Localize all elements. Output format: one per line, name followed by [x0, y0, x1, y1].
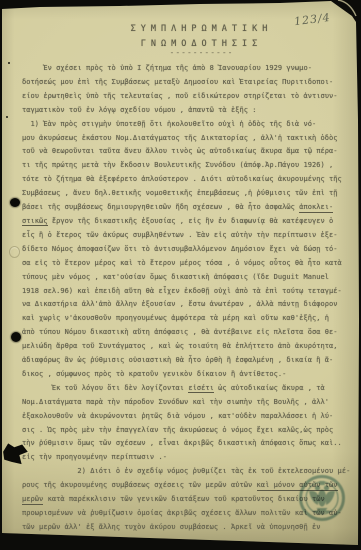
text-line: ταγματικὸν τοῦ ἐν λόγῳ σχεδίου νόμου , ἀ…: [22, 104, 355, 118]
hole-punch: [10, 198, 20, 207]
seal-stamp-icon: [290, 466, 354, 530]
text-line: Ἐν σχέσει πρὸς τὸ ὑπὸ Ι ζήτημα τῆς ἀπὸ 8…: [22, 62, 355, 76]
title-underline: -----------: [35, 50, 361, 55]
text-line: τοῦ νὰ θεωροῦνται ταῦτα ἄνευ ἄλλου τινὸς…: [22, 145, 355, 159]
text-line: μελιώδη ἄρθρα τοῦ Συντάγματος , καὶ ὡς τ…: [22, 340, 355, 354]
text-line: Νομ.Διατάγματα παρὰ τὴν πάροδον Συνόδων …: [22, 396, 355, 410]
text-line: δικος , σύμφωνος πρὸς τὸ κρατοῦν γενικὸν…: [22, 368, 355, 382]
text-line: ἀπὸ τύπου Νόμου δικαστικὴ αὕτη ἀπόφασις …: [22, 326, 355, 340]
text-line: δίδετο Νόμος ἀποφασίζων ὅτι τὸ ἀντισυμβα…: [22, 243, 355, 257]
embossed-punch-mark: [9, 246, 20, 258]
ink-speck: [6, 116, 8, 118]
text-line: σις . Ὡς πρὸς μὲν τὴν ἐπαγγελίαν τῆς ἀκυ…: [22, 424, 355, 438]
text-line: βάσει τῆς συμβάσεως δημιουργηθεισῶν ἤδη …: [22, 201, 355, 215]
text-line: 1918 σελ.96) καὶ ἐπειδὴ αὕτη θὰ εἶχεν ἐκ…: [22, 285, 355, 299]
text-line: σα εἰς τὸ ἕτερον μέρος καὶ τὸ ἕτερον μέρ…: [22, 257, 355, 271]
ink-speck: [8, 62, 10, 64]
text-line: στικῶς ἔργον τῆς δικαστικῆς ἐξουσίας , ε…: [22, 215, 355, 229]
double-headed-eagle-emblem: [309, 481, 335, 515]
title-line-1: ΣΥΜΠΛΗΡΩΜΑΤΙΚΗ: [35, 22, 361, 37]
text-line: Συμβάσεως , ἄνευ δηλ.θετικῆς νομοθετικῆς…: [22, 187, 355, 201]
text-line: καὶ χωρὶς ν'ἀκουσθοῦν προηγουμένως ἀμφότ…: [22, 312, 355, 326]
text-line: είου ἐρωτηθεὶς ὑπὸ τῆς τελευταίας , ποῦ …: [22, 90, 355, 104]
text-line: ἀδιαφόρως ἂν ὡς ῥύθμισις οὐσιαστικὴ θὰ ἦ…: [22, 354, 355, 368]
document-photo: 123/4 ΣΥΜΠΛΗΡΩΜΑΤΙΚΗ ΓΝΩΜΟΔΟΤΗΣΙΣ ------…: [0, 0, 361, 550]
text-line: Ἐκ τοῦ λόγου ὅτι δὲν λογίζονται εἰσέτι ὡ…: [22, 382, 355, 396]
text-line: τότε τὸ ζήτημα θὰ ἐξεφέρετο ἁπλούστερον …: [22, 173, 355, 187]
document-title: ΣΥΜΠΛΗΡΩΜΑΤΙΚΗ ΓΝΩΜΟΔΟΤΗΣΙΣ -----------: [35, 22, 361, 55]
text-line: τὴν ῥύθμισιν ὅμως τῶν σχέσεων , εἶναι ἀκ…: [22, 437, 355, 451]
typed-document: ΣΥΜΠΛΗΡΩΜΑΤΙΚΗ ΓΝΩΜΟΔΟΤΗΣΙΣ ----------- …: [22, 22, 355, 535]
hole-punch: [11, 332, 21, 342]
text-line: ἐξακολουθοῦν νὰ ἀκυρώνονται ῥητῶς διὰ νό…: [22, 410, 355, 424]
text-line: εἰς τὴν προηγουμένην περίπτωσιν .-: [22, 451, 355, 465]
text-line: 1) Ἐὰν πρὸς στιγμὴν ὑποτεθῇ ὅτι ἠκολουθε…: [22, 118, 355, 132]
document-body: Ἐν σχέσει πρὸς τὸ ὑπὸ Ι ζήτημα τῆς ἀπὸ 8…: [22, 62, 355, 535]
text-line: να Δικαστήρια ἀλλ'ἀπὸ ἄλλην ἐξουσίαν , ἔ…: [22, 298, 355, 312]
text-line: εἷς ἢ ὁ ἕτερος τῶν ἀκύρως συμβληθέντων .…: [22, 229, 355, 243]
text-line: τι τῆς πρώτης μετὰ τὴν ἔκδοσιν Βουλευτικ…: [22, 159, 355, 173]
text-line: μου ἀκυρώσεως ἑκάστου Νομ.Διατάγματος τῆ…: [22, 132, 355, 146]
text-line: τύπους μὲν νόμος , κατ'οὐσίαν ὅμως δικασ…: [22, 271, 355, 285]
text-line: δοτήσεώς μου ἐπὶ τῆς Συμβάσεως μεταξὺ Δη…: [22, 76, 355, 90]
